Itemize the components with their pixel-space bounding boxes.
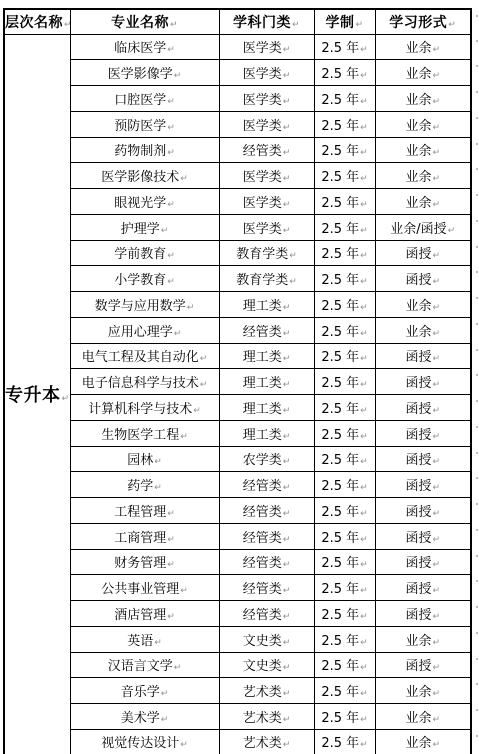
- duration-cell-label: 2.5 年: [321, 711, 359, 726]
- study-form-cell-label: 函授: [405, 505, 431, 520]
- duration-cell-label: 2.5 年: [321, 273, 359, 288]
- table-row: 眼视光学↵医学类↵2.5 年↵业余↵: [4, 189, 471, 215]
- paragraph-mark: ↵: [167, 45, 175, 55]
- paragraph-mark: ↵: [174, 71, 182, 81]
- paragraph-mark: ↵: [283, 354, 291, 364]
- subject-category-cell: 教育学类↵: [219, 266, 314, 292]
- duration-cell-label: 2.5 年: [321, 144, 359, 159]
- paragraph-mark: ↵: [180, 586, 188, 596]
- subject-category-cell-label: 医学类: [243, 196, 282, 211]
- duration-cell: 2.5 年↵: [314, 472, 375, 498]
- paragraph-mark: ↵: [448, 20, 456, 30]
- major-name-cell: 护理学↵: [70, 214, 219, 240]
- study-form-cell-label: 业余: [405, 634, 431, 649]
- major-name-cell-label: 电子信息科学与技术: [82, 376, 199, 391]
- study-form-cell: 函授↵: [375, 549, 471, 575]
- study-form-cell-label: 函授: [405, 247, 431, 262]
- study-form-cell: 业余/函授↵: [375, 214, 471, 240]
- subject-category-cell: 医学类↵: [219, 163, 314, 189]
- column-header-label: 学习形式: [389, 15, 447, 31]
- duration-cell-label: 2.5 年: [321, 196, 359, 211]
- subject-category-cell: 经管类↵: [219, 549, 314, 575]
- major-name-cell-label: 财务管理: [114, 556, 166, 571]
- column-header-3: 学制↵: [314, 9, 375, 34]
- table-row: 药物制剂↵经管类↵2.5 年↵业余↵: [4, 137, 471, 163]
- table-row: 工商管理↵经管类↵2.5 年↵函授↵: [4, 523, 471, 549]
- paragraph-mark: ↵: [154, 457, 162, 467]
- paragraph-mark: ↵: [360, 226, 368, 236]
- duration-cell: 2.5 年↵: [314, 729, 375, 754]
- paragraph-mark: ↵: [432, 457, 440, 467]
- major-name-cell-label: 药物制剂: [114, 144, 166, 159]
- study-form-cell-label: 业余: [405, 196, 431, 211]
- study-form-cell: 业余↵: [375, 678, 471, 704]
- subject-category-cell: 艺术类↵: [219, 678, 314, 704]
- table-row: 小学教育↵教育学类↵2.5 年↵函授↵: [4, 266, 471, 292]
- paragraph-mark: ↵: [360, 97, 368, 107]
- major-name-cell-label: 公共事业管理: [101, 582, 179, 597]
- subject-category-cell-label: 文史类: [243, 634, 282, 649]
- paragraph-mark: ↵: [283, 483, 291, 493]
- paragraph-mark: ↵: [432, 251, 440, 261]
- table-row: 专升本↵临床医学↵医学类↵2.5 年↵业余↵: [4, 34, 471, 60]
- paragraph-mark: ↵: [360, 612, 368, 622]
- subject-category-cell-label: 经管类: [243, 608, 282, 623]
- paragraph-mark: ↵: [360, 638, 368, 648]
- paragraph-mark: ↵: [283, 535, 291, 545]
- paragraph-mark: ↵: [432, 277, 440, 287]
- study-form-cell-label: 函授: [405, 659, 431, 674]
- study-form-cell-label: 业余/函授: [390, 222, 446, 237]
- study-form-cell-label: 函授: [405, 608, 431, 623]
- duration-cell: 2.5 年↵: [314, 266, 375, 292]
- study-form-cell-label: 业余: [405, 711, 431, 726]
- header-row: 层次名称↵专业名称↵学科门类↵学制↵学习形式↵: [4, 9, 471, 34]
- paragraph-mark: ↵: [360, 663, 368, 673]
- major-name-cell: 酒店管理↵: [70, 601, 219, 627]
- major-name-cell: 医学影像技术↵: [70, 163, 219, 189]
- paragraph-mark: ↵: [432, 303, 440, 313]
- duration-cell-label: 2.5 年: [321, 634, 359, 649]
- paragraph-mark: ↵: [360, 535, 368, 545]
- column-header-0: 层次名称↵: [4, 9, 70, 34]
- paragraph-mark: ↵: [432, 97, 440, 107]
- subject-category-cell: 经管类↵: [219, 523, 314, 549]
- paragraph-mark: ↵: [283, 740, 291, 750]
- paragraph-mark: ↵: [432, 432, 440, 442]
- duration-cell-label: 2.5 年: [321, 582, 359, 597]
- paragraph-mark: ↵: [360, 432, 368, 442]
- duration-cell: 2.5 年↵: [314, 678, 375, 704]
- duration-cell: 2.5 年↵: [314, 292, 375, 318]
- duration-cell: 2.5 年↵: [314, 498, 375, 524]
- subject-category-cell-label: 经管类: [243, 531, 282, 546]
- major-name-cell: 视觉传达设计↵: [70, 729, 219, 754]
- study-form-cell-label: 业余: [405, 325, 431, 340]
- subject-category-cell-label: 经管类: [243, 556, 282, 571]
- study-form-cell: 函授↵: [375, 395, 471, 421]
- subject-category-cell-label: 理工类: [243, 299, 282, 314]
- study-form-cell: 业余↵: [375, 189, 471, 215]
- paragraph-mark: ↵: [283, 663, 291, 673]
- duration-cell: 2.5 年↵: [314, 652, 375, 678]
- paragraph-mark: ↵: [283, 457, 291, 467]
- major-name-cell: 学前教育↵: [70, 240, 219, 266]
- major-name-cell: 计算机科学与技术↵: [70, 395, 219, 421]
- subject-category-cell-label: 医学类: [243, 67, 282, 82]
- study-form-cell: 业余↵: [375, 729, 471, 754]
- duration-cell: 2.5 年↵: [314, 369, 375, 395]
- study-form-cell-label: 业余: [405, 685, 431, 700]
- duration-cell-label: 2.5 年: [321, 659, 359, 674]
- duration-cell: 2.5 年↵: [314, 214, 375, 240]
- duration-cell: 2.5 年↵: [314, 446, 375, 472]
- table-row: 应用心理学↵经管类↵2.5 年↵业余↵: [4, 317, 471, 343]
- major-name-cell: 美术学↵: [70, 704, 219, 730]
- major-name-cell-label: 应用心理学: [108, 325, 173, 340]
- major-name-cell-label: 汉语言文学: [108, 659, 173, 674]
- table-row: 美术学↵艺术类↵2.5 年↵业余↵: [4, 704, 471, 730]
- table-row: 英语↵文史类↵2.5 年↵业余↵: [4, 626, 471, 652]
- major-name-cell-label: 药学: [127, 479, 153, 494]
- paragraph-mark: ↵: [360, 251, 368, 261]
- subject-category-cell: 经管类↵: [219, 317, 314, 343]
- subject-category-cell: 艺术类↵: [219, 729, 314, 754]
- subject-category-cell-label: 理工类: [243, 402, 282, 417]
- paragraph-mark: ↵: [167, 277, 175, 287]
- major-name-cell-label: 口腔医学: [114, 93, 166, 108]
- duration-cell-label: 2.5 年: [321, 41, 359, 56]
- major-name-cell: 音乐学↵: [70, 678, 219, 704]
- subject-category-cell: 经管类↵: [219, 498, 314, 524]
- duration-cell-label: 2.5 年: [321, 376, 359, 391]
- major-name-cell-label: 眼视光学: [114, 196, 166, 211]
- major-name-cell-label: 美术学: [121, 711, 160, 726]
- paragraph-mark: ↵: [360, 329, 368, 339]
- subject-category-cell-label: 经管类: [243, 582, 282, 597]
- paragraph-mark: ↵: [432, 586, 440, 596]
- subject-category-cell-label: 艺术类: [243, 736, 282, 751]
- paragraph-mark: ↵: [283, 586, 291, 596]
- paragraph-mark: ↵: [161, 689, 169, 699]
- paragraph-mark: ↵: [283, 226, 291, 236]
- major-name-cell-label: 预防医学: [114, 119, 166, 134]
- paragraph-mark: ↵: [432, 560, 440, 570]
- major-name-cell: 工程管理↵: [70, 498, 219, 524]
- subject-category-cell-label: 经管类: [243, 505, 282, 520]
- study-form-cell: 函授↵: [375, 266, 471, 292]
- paragraph-mark: ↵: [360, 45, 368, 55]
- paragraph-mark: ↵: [283, 560, 291, 570]
- major-name-cell-label: 医学影像技术: [101, 170, 179, 185]
- major-name-cell-label: 酒店管理: [114, 608, 166, 623]
- major-name-cell-label: 生物医学工程: [101, 428, 179, 443]
- subject-category-cell: 教育学类↵: [219, 240, 314, 266]
- paragraph-mark: ↵: [360, 715, 368, 725]
- duration-cell: 2.5 年↵: [314, 137, 375, 163]
- major-name-cell: 公共事业管理↵: [70, 575, 219, 601]
- paragraph-mark: ↵: [360, 740, 368, 750]
- subject-category-cell: 医学类↵: [219, 86, 314, 112]
- major-name-cell: 药物制剂↵: [70, 137, 219, 163]
- paragraph-mark: ↵: [180, 740, 188, 750]
- subject-category-cell: 医学类↵: [219, 214, 314, 240]
- duration-cell: 2.5 年↵: [314, 34, 375, 60]
- study-form-cell-label: 函授: [405, 531, 431, 546]
- paragraph-mark: ↵: [283, 174, 291, 184]
- paragraph-mark: ↵: [360, 483, 368, 493]
- duration-cell-label: 2.5 年: [321, 685, 359, 700]
- paragraph-mark: ↵: [432, 715, 440, 725]
- paragraph-mark: ↵: [432, 612, 440, 622]
- paragraph-mark: ↵: [360, 406, 368, 416]
- paragraph-mark: ↵: [432, 174, 440, 184]
- study-form-cell-label: 函授: [405, 479, 431, 494]
- table-row: 计算机科学与技术↵理工类↵2.5 年↵函授↵: [4, 395, 471, 421]
- major-name-cell-label: 护理学: [121, 222, 160, 237]
- table-row: 音乐学↵艺术类↵2.5 年↵业余↵: [4, 678, 471, 704]
- duration-cell-label: 2.5 年: [321, 479, 359, 494]
- study-form-cell-label: 函授: [405, 556, 431, 571]
- subject-category-cell: 理工类↵: [219, 292, 314, 318]
- paragraph-mark: ↵: [161, 715, 169, 725]
- paragraph-mark: ↵: [167, 148, 175, 158]
- table-row: 医学影像技术↵医学类↵2.5 年↵业余↵: [4, 163, 471, 189]
- subject-category-cell-label: 艺术类: [243, 711, 282, 726]
- study-form-cell: 业余↵: [375, 111, 471, 137]
- study-form-cell: 业余↵: [375, 60, 471, 86]
- subject-category-cell-label: 艺术类: [243, 685, 282, 700]
- study-form-cell: 函授↵: [375, 240, 471, 266]
- duration-cell: 2.5 年↵: [314, 704, 375, 730]
- paragraph-mark: ↵: [200, 354, 208, 364]
- subject-category-cell-label: 教育学类: [236, 247, 288, 262]
- paragraph-mark: ↵: [432, 200, 440, 210]
- subject-category-cell: 理工类↵: [219, 420, 314, 446]
- paragraph-mark: ↵: [432, 689, 440, 699]
- duration-cell-label: 2.5 年: [321, 93, 359, 108]
- paragraph-mark: ↵: [360, 200, 368, 210]
- major-name-cell: 临床医学↵: [70, 34, 219, 60]
- table-row: 工程管理↵经管类↵2.5 年↵函授↵: [4, 498, 471, 524]
- subject-category-cell: 经管类↵: [219, 601, 314, 627]
- paragraph-mark: ↵: [64, 20, 72, 30]
- subject-category-cell: 理工类↵: [219, 343, 314, 369]
- major-name-cell-label: 小学教育: [114, 273, 166, 288]
- table-row: 护理学↵医学类↵2.5 年↵业余/函授↵: [4, 214, 471, 240]
- duration-cell: 2.5 年↵: [314, 420, 375, 446]
- table-row: 公共事业管理↵经管类↵2.5 年↵函授↵: [4, 575, 471, 601]
- major-name-cell: 生物医学工程↵: [70, 420, 219, 446]
- document-page: 层次名称↵专业名称↵学科门类↵学制↵学习形式↵ 专升本↵临床医学↵医学类↵2.5…: [0, 0, 479, 754]
- duration-cell-label: 2.5 年: [321, 222, 359, 237]
- table-row: 电子信息科学与技术↵理工类↵2.5 年↵函授↵: [4, 369, 471, 395]
- duration-cell-label: 2.5 年: [321, 170, 359, 185]
- paragraph-mark: ↵: [360, 174, 368, 184]
- major-name-cell-label: 园林: [127, 453, 153, 468]
- duration-cell-label: 2.5 年: [321, 736, 359, 751]
- study-form-cell-label: 业余: [405, 144, 431, 159]
- duration-cell-label: 2.5 年: [321, 556, 359, 571]
- paragraph-mark: ↵: [180, 174, 188, 184]
- study-form-cell-label: 函授: [405, 428, 431, 443]
- paragraph-mark: ↵: [360, 689, 368, 699]
- subject-category-cell: 经管类↵: [219, 472, 314, 498]
- paragraph-mark: ↵: [432, 329, 440, 339]
- duration-cell-label: 2.5 年: [321, 531, 359, 546]
- study-form-cell: 业余↵: [375, 704, 471, 730]
- table-row: 财务管理↵经管类↵2.5 年↵函授↵: [4, 549, 471, 575]
- major-name-cell-label: 工程管理: [114, 505, 166, 520]
- paragraph-mark: ↵: [170, 20, 178, 30]
- duration-cell-label: 2.5 年: [321, 402, 359, 417]
- study-form-cell-label: 业余: [405, 41, 431, 56]
- duration-cell: 2.5 年↵: [314, 575, 375, 601]
- column-header-2: 学科门类↵: [219, 9, 314, 34]
- paragraph-mark: ↵: [432, 535, 440, 545]
- major-name-cell: 园林↵: [70, 446, 219, 472]
- paragraph-mark: ↵: [360, 560, 368, 570]
- major-name-cell-label: 视觉传达设计: [101, 736, 179, 751]
- paragraph-mark: ↵: [174, 663, 182, 673]
- subject-category-cell: 艺术类↵: [219, 704, 314, 730]
- major-name-cell: 预防医学↵: [70, 111, 219, 137]
- major-name-cell-label: 数学与应用数学: [95, 299, 186, 314]
- paragraph-mark: ↵: [167, 535, 175, 545]
- paragraph-mark: ↵: [283, 638, 291, 648]
- table-row: 学前教育↵教育学类↵2.5 年↵函授↵: [4, 240, 471, 266]
- duration-cell: 2.5 年↵: [314, 317, 375, 343]
- subject-category-cell-label: 医学类: [243, 119, 282, 134]
- paragraph-mark: ↵: [448, 226, 456, 236]
- duration-cell-label: 2.5 年: [321, 299, 359, 314]
- paragraph-mark: ↵: [432, 148, 440, 158]
- table-row: 电气工程及其自动化↵理工类↵2.5 年↵函授↵: [4, 343, 471, 369]
- subject-category-cell-label: 医学类: [243, 41, 282, 56]
- subject-category-cell: 医学类↵: [219, 34, 314, 60]
- paragraph-mark: ↵: [432, 354, 440, 364]
- major-name-cell: 医学影像学↵: [70, 60, 219, 86]
- subject-category-cell-label: 教育学类: [236, 273, 288, 288]
- duration-cell: 2.5 年↵: [314, 549, 375, 575]
- table-row: 医学影像学↵医学类↵2.5 年↵业余↵: [4, 60, 471, 86]
- subject-category-cell: 文史类↵: [219, 626, 314, 652]
- paragraph-mark: ↵: [289, 251, 297, 261]
- duration-cell-label: 2.5 年: [321, 350, 359, 365]
- study-form-cell: 业余↵: [375, 34, 471, 60]
- study-form-cell: 业余↵: [375, 626, 471, 652]
- paragraph-mark: ↵: [283, 45, 291, 55]
- paragraph-mark: ↵: [360, 71, 368, 81]
- table-row: 生物医学工程↵理工类↵2.5 年↵函授↵: [4, 420, 471, 446]
- study-form-cell-label: 函授: [405, 350, 431, 365]
- major-name-cell: 财务管理↵: [70, 549, 219, 575]
- paragraph-mark: ↵: [283, 200, 291, 210]
- study-form-cell: 函授↵: [375, 498, 471, 524]
- subject-category-cell: 经管类↵: [219, 137, 314, 163]
- study-form-cell-label: 业余: [405, 736, 431, 751]
- major-name-cell: 眼视光学↵: [70, 189, 219, 215]
- major-name-cell-label: 英语: [127, 634, 153, 649]
- subject-category-cell-label: 医学类: [243, 222, 282, 237]
- study-form-cell: 函授↵: [375, 420, 471, 446]
- paragraph-mark: ↵: [360, 354, 368, 364]
- paragraph-mark: ↵: [283, 303, 291, 313]
- study-form-cell: 函授↵: [375, 472, 471, 498]
- study-form-cell-label: 业余: [405, 170, 431, 185]
- subject-category-cell: 医学类↵: [219, 189, 314, 215]
- paragraph-mark: ↵: [360, 380, 368, 390]
- paragraph-mark: ↵: [167, 200, 175, 210]
- study-form-cell-label: 业余: [405, 299, 431, 314]
- major-name-cell: 应用心理学↵: [70, 317, 219, 343]
- subject-category-cell-label: 理工类: [243, 350, 282, 365]
- column-header-label: 专业名称: [111, 15, 169, 31]
- table-row: 视觉传达设计↵艺术类↵2.5 年↵业余↵: [4, 729, 471, 754]
- paragraph-mark: ↵: [360, 586, 368, 596]
- study-form-cell-label: 业余: [405, 67, 431, 82]
- duration-cell-label: 2.5 年: [321, 428, 359, 443]
- paragraph-mark: ↵: [432, 638, 440, 648]
- paragraph-mark: ↵: [432, 509, 440, 519]
- major-name-cell: 电气工程及其自动化↵: [70, 343, 219, 369]
- major-name-cell: 药学↵: [70, 472, 219, 498]
- study-form-cell: 业余↵: [375, 163, 471, 189]
- paragraph-mark: ↵: [167, 97, 175, 107]
- paragraph-mark: ↵: [283, 97, 291, 107]
- subject-category-cell: 医学类↵: [219, 111, 314, 137]
- duration-cell: 2.5 年↵: [314, 626, 375, 652]
- paragraph-mark: ↵: [193, 406, 201, 416]
- duration-cell-label: 2.5 年: [321, 247, 359, 262]
- duration-cell-label: 2.5 年: [321, 67, 359, 82]
- table-row: 预防医学↵医学类↵2.5 年↵业余↵: [4, 111, 471, 137]
- duration-cell: 2.5 年↵: [314, 395, 375, 421]
- study-form-cell: 函授↵: [375, 523, 471, 549]
- subject-category-cell-label: 医学类: [243, 93, 282, 108]
- study-form-cell: 函授↵: [375, 343, 471, 369]
- duration-cell: 2.5 年↵: [314, 60, 375, 86]
- subject-category-cell: 理工类↵: [219, 395, 314, 421]
- major-name-cell-label: 学前教育: [114, 247, 166, 262]
- duration-cell: 2.5 年↵: [314, 111, 375, 137]
- level-name-label: 专升本: [5, 385, 61, 406]
- table-row: 药学↵经管类↵2.5 年↵函授↵: [4, 472, 471, 498]
- paragraph-mark: ↵: [154, 638, 162, 648]
- duration-cell-label: 2.5 年: [321, 325, 359, 340]
- major-name-cell: 口腔医学↵: [70, 86, 219, 112]
- major-name-cell-label: 电气工程及其自动化: [82, 350, 199, 365]
- paragraph-mark: ↵: [432, 740, 440, 750]
- paragraph-mark: ↵: [167, 123, 175, 133]
- duration-cell: 2.5 年↵: [314, 240, 375, 266]
- table-row: 酒店管理↵经管类↵2.5 年↵函授↵: [4, 601, 471, 627]
- major-name-cell: 英语↵: [70, 626, 219, 652]
- subject-category-cell: 理工类↵: [219, 369, 314, 395]
- table-row: 汉语言文学↵文史类↵2.5 年↵函授↵: [4, 652, 471, 678]
- subject-category-cell-label: 经管类: [243, 325, 282, 340]
- subject-category-cell-label: 理工类: [243, 428, 282, 443]
- paragraph-mark: ↵: [167, 251, 175, 261]
- paragraph-mark: ↵: [360, 148, 368, 158]
- study-form-cell-label: 业余: [405, 93, 431, 108]
- duration-cell-label: 2.5 年: [321, 453, 359, 468]
- paragraph-mark: ↵: [283, 148, 291, 158]
- paragraph-mark: ↵: [161, 226, 169, 236]
- paragraph-mark: ↵: [283, 406, 291, 416]
- subject-category-cell-label: 农学类: [243, 453, 282, 468]
- table-row: 数学与应用数学↵理工类↵2.5 年↵业余↵: [4, 292, 471, 318]
